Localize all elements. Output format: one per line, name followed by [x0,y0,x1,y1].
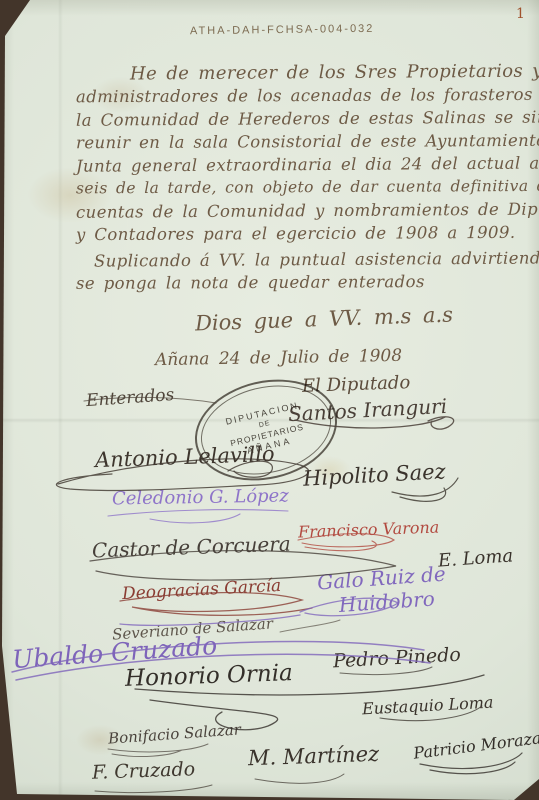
signature: Castor de Corcuera [92,532,292,563]
signature: Hipolito Saez [302,459,446,490]
signature: M. Martínez [248,742,380,771]
archive-reference: ATHA-DAH-FCHSA-004-032 [190,23,375,38]
document-paper: 1 ATHA-DAH-FCHSA-004-032 He de merecer d… [0,0,539,800]
signature: Eustaquio Loma [362,693,494,719]
signature: Honorio Ornia [125,660,294,692]
signature: E. Loma [437,545,513,571]
enterado-annotation: Enterados [85,385,175,411]
body-line: cuentas de la Comunidad y nombramientos … [76,199,539,222]
body-line: y Contadores para el egercicio de 1908 a… [76,223,516,244]
body-line: seis de la tarde, con objeto de dar cuen… [76,177,539,198]
body-line: Junta general extraordinaria el dia 24 d… [76,153,539,175]
signature: F. Cruzado [92,758,196,784]
signature: Francisco Varona [298,518,440,542]
body-line: Suplicando á VV. la puntual asistencia a… [94,248,539,270]
signature: Galo Ruiz de Huidobro [316,562,448,619]
signature: Deogracias García [122,576,282,604]
signature: Patricio Moraza [412,728,539,763]
body-line: administradores de los acenadas de los f… [76,85,539,107]
dateline: Añana 24 de Julio de 1908 [155,346,402,370]
valediction: Dios gue a VV. m.s a.s [195,303,454,336]
signature: Pedro Pinedo [333,644,462,673]
body-line: la Comunidad de Herederos de estas Salin… [76,107,539,129]
body-line: reunir en la sala Consistorial de este A… [76,131,539,153]
page-number: 1 [516,6,525,22]
body-line: se ponga la nota de quedar enterados [76,272,425,293]
body-line: He de merecer de los Sres Propietarios y [130,61,539,85]
signature: Celedonio G. López [112,485,289,509]
scanned-document-photo: { "colors": { "backdrop": "#43352a", "pa… [0,0,539,800]
stamp-text: DE [258,420,271,429]
signature: Bonifacio Salazar [108,720,242,747]
